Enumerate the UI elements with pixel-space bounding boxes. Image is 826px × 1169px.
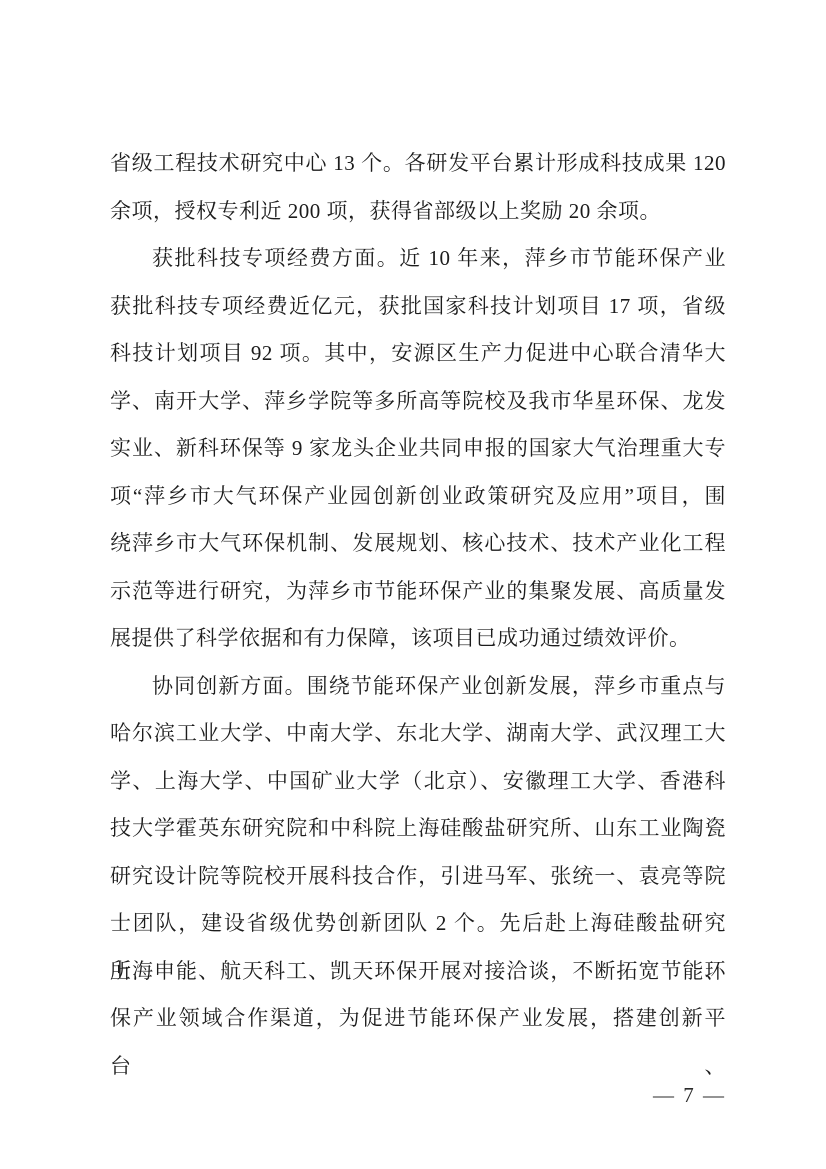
text-line: 绕萍乡市大气环保机制、发展规划、核心技术、技术产业化工程 <box>110 520 726 568</box>
text-line: 示范等进行研究，为萍乡市节能环保产业的集聚发展、高质量发 <box>110 568 726 616</box>
page-number: — 7 — <box>653 1080 726 1110</box>
paragraph: 获批科技专项经费方面。近 10 年来，萍乡市节能环保产业获批科技专项经费近亿元，… <box>110 235 726 663</box>
text-line: 协同创新方面。围绕节能环保产业创新发展，萍乡市重点与 <box>110 663 726 711</box>
text-line: 学、南开大学、萍乡学院等多所高等院校及我市华星环保、龙发 <box>110 378 726 426</box>
paragraph: 协同创新方面。围绕节能环保产业创新发展，萍乡市重点与哈尔滨工业大学、中南大学、东… <box>110 663 726 1043</box>
text-line: 学、上海大学、中国矿业大学（北京）、安徽理工大学、香港科 <box>110 758 726 806</box>
text-line: 展提供了科学依据和有力保障，该项目已成功通过绩效评价。 <box>110 615 726 663</box>
document-page: 省级工程技术研究中心 13 个。各研发平台累计形成科技成果 120余项，授权专利… <box>0 0 826 1169</box>
text-line: 余项，授权专利近 200 项，获得省部级以上奖励 20 余项。 <box>110 188 726 236</box>
text-line: 上海申能、航天科工、凯天环保开展对接洽谈，不断拓宽节能环 <box>110 948 726 996</box>
text-line: 研究设计院等院校开展科技合作，引进马军、张统一、袁亮等院 <box>110 853 726 901</box>
text-line: 项“萍乡市大气环保产业园创新创业政策研究及应用”项目，围 <box>110 473 726 521</box>
text-line: 实业、新科环保等 9 家龙头企业共同申报的国家大气治理重大专 <box>110 425 726 473</box>
text-line: 技大学霍英东研究院和中科院上海硅酸盐研究所、山东工业陶瓷 <box>110 805 726 853</box>
text-line: 省级工程技术研究中心 13 个。各研发平台累计形成科技成果 120 <box>110 140 726 188</box>
text-line: 获批科技专项经费方面。近 10 年来，萍乡市节能环保产业 <box>110 235 726 283</box>
text-block: 省级工程技术研究中心 13 个。各研发平台累计形成科技成果 120余项，授权专利… <box>110 140 726 1043</box>
text-line: 保产业领域合作渠道，为促进节能环保产业发展，搭建创新平台、 <box>110 995 726 1043</box>
text-line: 哈尔滨工业大学、中南大学、东北大学、湖南大学、武汉理工大 <box>110 710 726 758</box>
text-line: 士团队，建设省级优势创新团队 2 个。先后赴上海硅酸盐研究所、 <box>110 900 726 948</box>
text-line: 科技计划项目 92 项。其中，安源区生产力促进中心联合清华大 <box>110 330 726 378</box>
paragraph: 省级工程技术研究中心 13 个。各研发平台累计形成科技成果 120余项，授权专利… <box>110 140 726 235</box>
text-line: 获批科技专项经费近亿元，获批国家科技计划项目 17 项，省级 <box>110 283 726 331</box>
